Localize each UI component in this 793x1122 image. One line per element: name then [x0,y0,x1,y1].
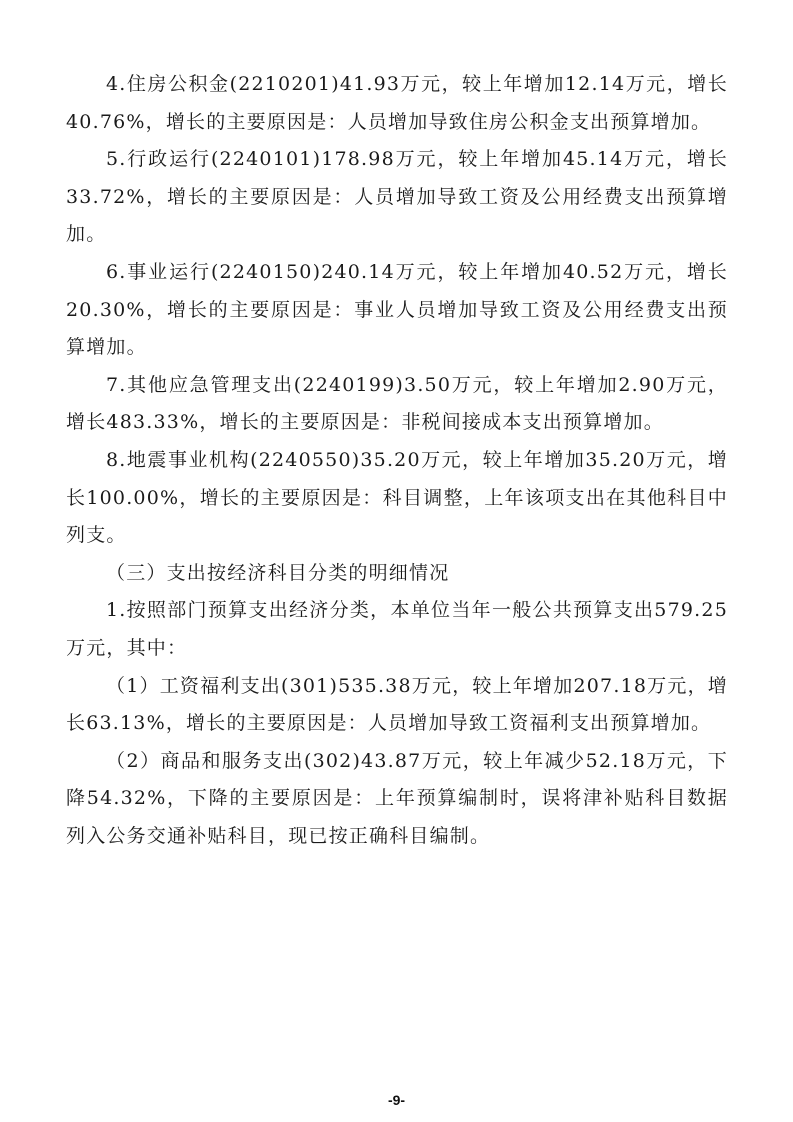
paragraph-administrative-operation: 5.行政运行(2240101)178.98万元，较上年增加45.14万元，增长3… [66,141,728,254]
document-page: 4.住房公积金(2210201)41.93万元，较上年增加12.14万元，增长4… [66,66,728,855]
paragraph-housing-fund: 4.住房公积金(2210201)41.93万元，较上年增加12.14万元，增长4… [66,66,728,141]
paragraph-other-emergency-management: 7.其他应急管理支出(2240199)3.50万元，较上年增加2.90万元，增长… [66,367,728,442]
section-heading: （三）支出按经济科目分类的明细情况 [66,555,728,593]
paragraph-wages-welfare: （1）工资福利支出(301)535.38万元，较上年增加207.18万元，增长6… [66,668,728,743]
paragraph-economic-classification: 1.按照部门预算支出经济分类，本单位当年一般公共预算支出579.25万元，其中： [66,592,728,667]
paragraph-goods-services: （2）商品和服务支出(302)43.87万元，较上年减少52.18万元，下降54… [66,743,728,856]
page-number: -9- [0,1092,793,1108]
paragraph-institution-operation: 6.事业运行(2240150)240.14万元，较上年增加40.52万元，增长2… [66,254,728,367]
paragraph-earthquake-institution: 8.地震事业机构(2240550)35.20万元，较上年增加35.20万元，增长… [66,442,728,555]
